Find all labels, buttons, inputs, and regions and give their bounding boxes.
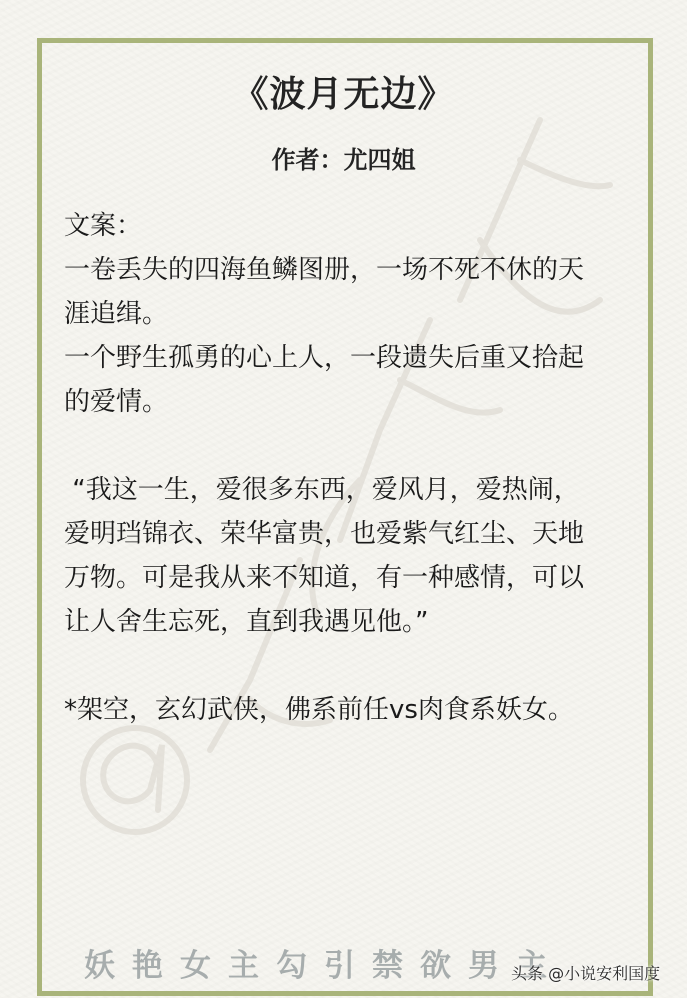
quote-line: 爱明珰锦衣、荣华富贵，也爱紫气红尘、天地 xyxy=(64,512,634,556)
book-title: 《波月无边》 xyxy=(0,66,687,117)
author-line: 作者：尤四姐 xyxy=(0,140,687,175)
source-credit: 头条 @小说安利国度 xyxy=(511,961,660,984)
blank-line xyxy=(64,424,634,468)
tags-line: *架空，玄幻武侠，佛系前任vs肉食系妖女。 xyxy=(64,688,634,732)
quote-line: 万物。可是我从来不知道，有一种感情，可以 xyxy=(64,556,634,600)
synopsis-line: 的爱情。 xyxy=(64,380,634,424)
quote-line: “我这一生，爱很多东西，爱风月，爱热闹， xyxy=(64,468,634,512)
synopsis-heading: 文案： xyxy=(64,204,634,248)
synopsis-line: 一卷丢失的四海鱼鳞图册，一场不死不休的天 xyxy=(64,248,634,292)
synopsis-line: 一个野生孤勇的心上人，一段遗失后重又拾起 xyxy=(64,336,634,380)
synopsis: 文案： 一卷丢失的四海鱼鳞图册，一场不死不休的天 涯追缉。 一个野生孤勇的心上人… xyxy=(64,204,634,732)
synopsis-line: 涯追缉。 xyxy=(64,292,634,336)
quote-line: 让人舍生忘死，直到我遇见他。” xyxy=(64,600,634,644)
blank-line xyxy=(64,644,634,688)
slogan: 妖艳女主勾引禁欲男主 xyxy=(84,940,564,985)
